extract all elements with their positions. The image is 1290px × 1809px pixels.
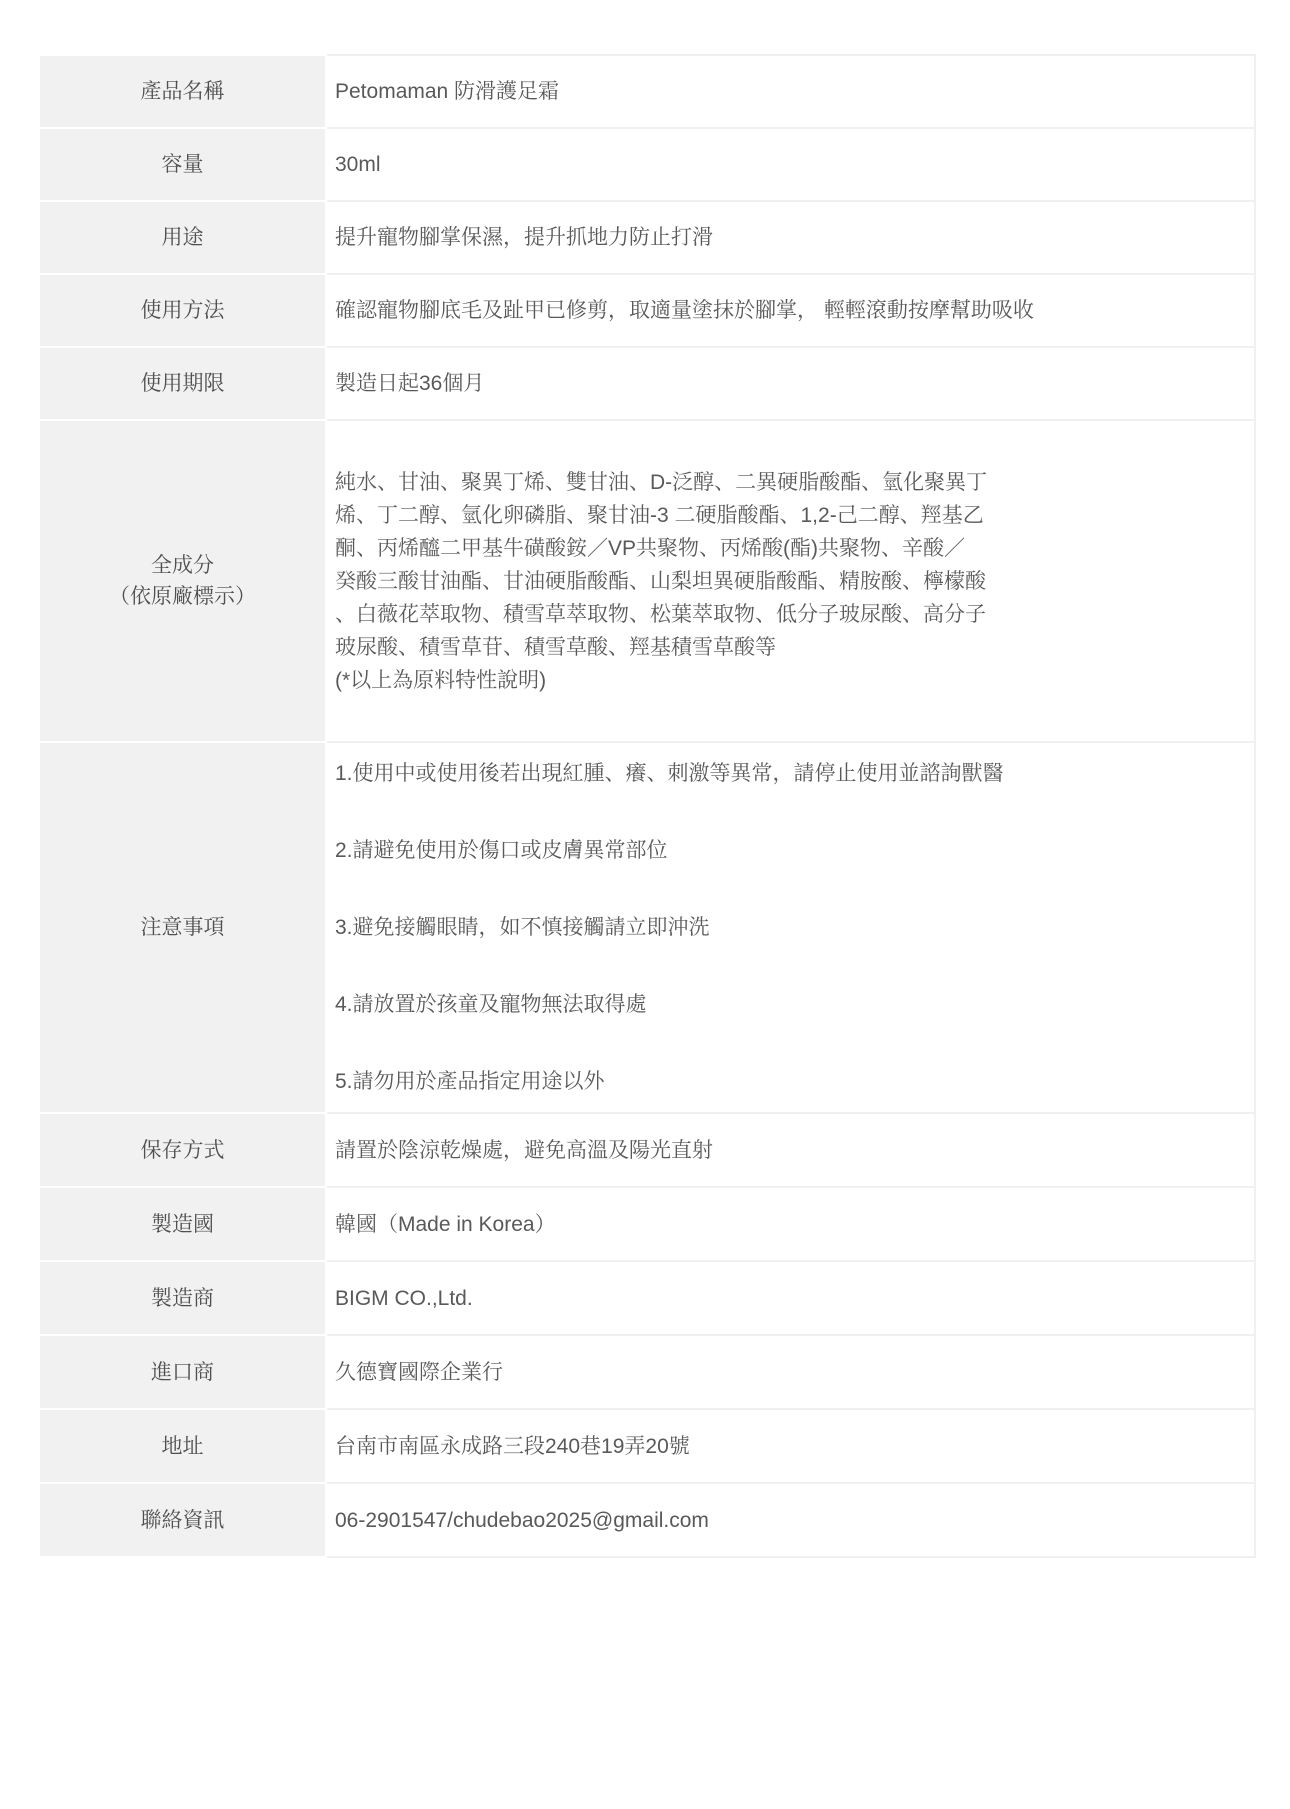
spec-row-address: 地址台南市南區永成路三段240巷19弄20號 [39, 1409, 1255, 1483]
spec-label-storage: 保存方式 [39, 1113, 326, 1187]
spec-row-volume: 容量30ml [39, 128, 1255, 201]
spec-row-country-of-origin: 製造國韓國（Made in Korea） [39, 1187, 1255, 1261]
spec-row-product-name: 產品名稱Petomaman 防滑護足霜 [39, 55, 1255, 128]
spec-value-volume: 30ml [326, 128, 1255, 201]
spec-value-storage: 請置於陰涼乾燥處，避免高溫及陽光直射 [326, 1113, 1255, 1187]
spec-label-importer: 進口商 [39, 1335, 326, 1409]
spec-value-precautions: 1.使用中或使用後若出現紅腫、癢、刺激等異常，請停止使用並諮詢獸醫2.請避免使用… [326, 742, 1255, 1113]
spec-label-volume: 容量 [39, 128, 326, 201]
precaution-item-4: 4.請放置於孩童及寵物無法取得處 [335, 988, 1238, 1021]
precaution-item-5: 5.請勿用於產品指定用途以外 [335, 1065, 1238, 1098]
spec-row-importer: 進口商久德寶國際企業行 [39, 1335, 1255, 1409]
precaution-item-3: 3.避免接觸眼睛，如不慎接觸請立即沖洗 [335, 911, 1238, 944]
spec-row-precautions: 注意事項1.使用中或使用後若出現紅腫、癢、刺激等異常，請停止使用並諮詢獸醫2.請… [39, 742, 1255, 1113]
spec-row-ingredients: 全成分 （依原廠標示）純水、甘油、聚異丁烯、雙甘油、D-泛醇、二異硬脂酸酯、氫化… [39, 420, 1255, 742]
spec-label-how-to-use: 使用方法 [39, 274, 326, 347]
spec-row-contact-info: 聯絡資訊06-2901547/chudebao2025@gmail.com [39, 1483, 1255, 1557]
spec-label-product-name: 產品名稱 [39, 55, 326, 128]
spec-label-usage: 用途 [39, 201, 326, 274]
spec-value-usage: 提升寵物腳掌保濕，提升抓地力防止打滑 [326, 201, 1255, 274]
spec-label-country-of-origin: 製造國 [39, 1187, 326, 1261]
spec-row-manufacturer: 製造商BIGM CO.,Ltd. [39, 1261, 1255, 1335]
spec-value-contact-info: 06-2901547/chudebao2025@gmail.com [326, 1483, 1255, 1557]
product-spec-table: 產品名稱Petomaman 防滑護足霜容量30ml用途提升寵物腳掌保濕，提升抓地… [38, 54, 1256, 1558]
spec-row-usage: 用途提升寵物腳掌保濕，提升抓地力防止打滑 [39, 201, 1255, 274]
spec-label-contact-info: 聯絡資訊 [39, 1483, 326, 1557]
spec-value-product-name: Petomaman 防滑護足霜 [326, 55, 1255, 128]
spec-value-shelf-life: 製造日起36個月 [326, 347, 1255, 420]
spec-value-manufacturer: BIGM CO.,Ltd. [326, 1261, 1255, 1335]
spec-label-manufacturer: 製造商 [39, 1261, 326, 1335]
precaution-item-1: 1.使用中或使用後若出現紅腫、癢、刺激等異常，請停止使用並諮詢獸醫 [335, 757, 1238, 790]
spec-label-precautions: 注意事項 [39, 742, 326, 1113]
spec-row-how-to-use: 使用方法確認寵物腳底毛及趾甲已修剪，取適量塗抹於腳掌， 輕輕滾動按摩幫助吸收 [39, 274, 1255, 347]
spec-label-shelf-life: 使用期限 [39, 347, 326, 420]
spec-value-country-of-origin: 韓國（Made in Korea） [326, 1187, 1255, 1261]
spec-row-storage: 保存方式請置於陰涼乾燥處，避免高溫及陽光直射 [39, 1113, 1255, 1187]
precaution-item-2: 2.請避免使用於傷口或皮膚異常部位 [335, 834, 1238, 867]
spec-row-shelf-life: 使用期限製造日起36個月 [39, 347, 1255, 420]
spec-label-address: 地址 [39, 1409, 326, 1483]
spec-value-address: 台南市南區永成路三段240巷19弄20號 [326, 1409, 1255, 1483]
spec-value-importer: 久德寶國際企業行 [326, 1335, 1255, 1409]
spec-value-how-to-use: 確認寵物腳底毛及趾甲已修剪，取適量塗抹於腳掌， 輕輕滾動按摩幫助吸收 [326, 274, 1255, 347]
product-spec-rows: 產品名稱Petomaman 防滑護足霜容量30ml用途提升寵物腳掌保濕，提升抓地… [39, 55, 1255, 1557]
spec-value-ingredients: 純水、甘油、聚異丁烯、雙甘油、D-泛醇、二異硬脂酸酯、氫化聚異丁 烯、丁二醇、氫… [326, 420, 1255, 742]
spec-label-ingredients: 全成分 （依原廠標示） [39, 420, 326, 742]
